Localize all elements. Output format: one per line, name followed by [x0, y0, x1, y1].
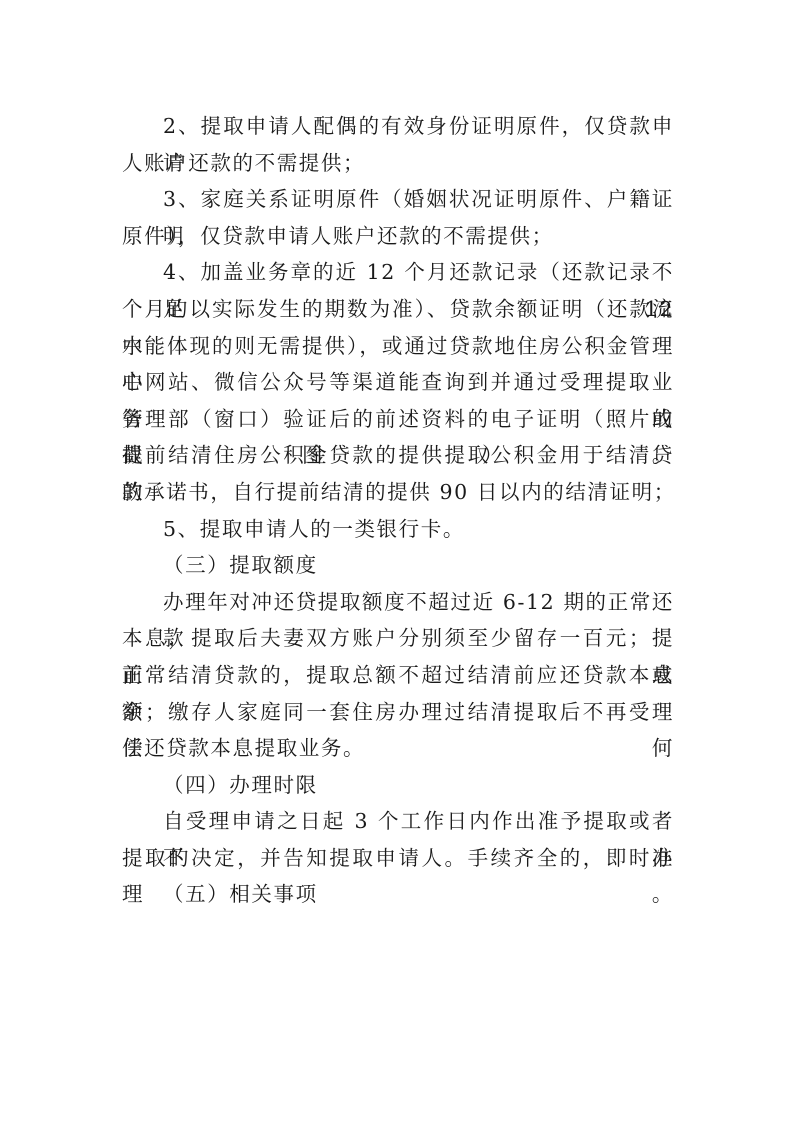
text-line: 本息，提取后夫妻双方账户分别须至少留存一百元；提前或: [122, 620, 674, 657]
text-line: 原件），仅贷款申请人账户还款的不需提供；: [122, 218, 674, 255]
heading-text: （四）办理时限: [122, 767, 674, 804]
list-item-5: 5、提取申请人的一类银行卡。: [122, 511, 674, 548]
section-heading-processing-time: （四）办理时限: [122, 767, 674, 804]
section-heading-withdrawal-amount: （三）提取额度: [122, 547, 674, 584]
text-line: 5、提取申请人的一类银行卡。: [122, 511, 674, 548]
text-line: 3、家庭关系证明原件（婚姻状况证明原件、户籍证明: [122, 181, 674, 218]
text-line: 额；缴存人家庭同一套住房办理过结清提取后不再受理任何: [122, 694, 674, 731]
text-line: 办理年对冲还贷提取额度不超过近 6-12 期的正常还款: [122, 584, 674, 621]
text-line: 人账户还款的不需提供；: [122, 145, 674, 182]
text-line: 自受理申请之日起 3 个工作日内作出准予提取或者不准: [122, 803, 674, 840]
processing-time-paragraph: 自受理申请之日起 3 个工作日内作出准予提取或者不准 提取的决定，并告知提取申请…: [122, 803, 674, 876]
text-line: 提前结清住房公积金贷款的提供提取公积金用于结清贷款: [122, 437, 674, 474]
list-item-3: 3、家庭关系证明原件（婚姻状况证明原件、户籍证明 原件），仅贷款申请人账户还款的…: [122, 181, 674, 254]
document-page: 2、提取申请人配偶的有效身份证明原件，仅贷款申请 人账户还款的不需提供； 3、家…: [122, 108, 674, 913]
text-line: 4、加盖业务章的近 12 个月还款记录（还款记录不足 12: [122, 254, 674, 291]
text-line: 心网站、微信公众号等渠道能查询到并通过受理提取业务的: [122, 364, 674, 401]
text-line: 的承诺书，自行提前结清的提供 90 日以内的结清证明；: [122, 474, 674, 511]
withdrawal-amount-paragraph: 办理年对冲还贷提取额度不超过近 6-12 期的正常还款 本息，提取后夫妻双方账户…: [122, 584, 674, 767]
list-item-4: 4、加盖业务章的近 12 个月还款记录（还款记录不足 12 个月的以实际发生的期…: [122, 254, 674, 510]
text-line: 提取的决定，并告知提取申请人。手续齐全的，即时办理。: [122, 840, 674, 877]
list-item-2: 2、提取申请人配偶的有效身份证明原件，仅贷款申请 人账户还款的不需提供；: [122, 108, 674, 181]
text-line: 2、提取申请人配偶的有效身份证明原件，仅贷款申请: [122, 108, 674, 145]
text-line: 中能体现的则无需提供），或通过贷款地住房公积金管理中: [122, 328, 674, 365]
text-line: 管理部（窗口）验证后的前述资料的电子证明（照片或截图）。: [122, 401, 674, 438]
heading-text: （三）提取额度: [122, 547, 674, 584]
text-line: 个月的以实际发生的期数为准）、贷款余额证明（还款流水: [122, 291, 674, 328]
text-line: 正常结清贷款的，提取总额不超过结清前应还贷款本息余: [122, 657, 674, 694]
